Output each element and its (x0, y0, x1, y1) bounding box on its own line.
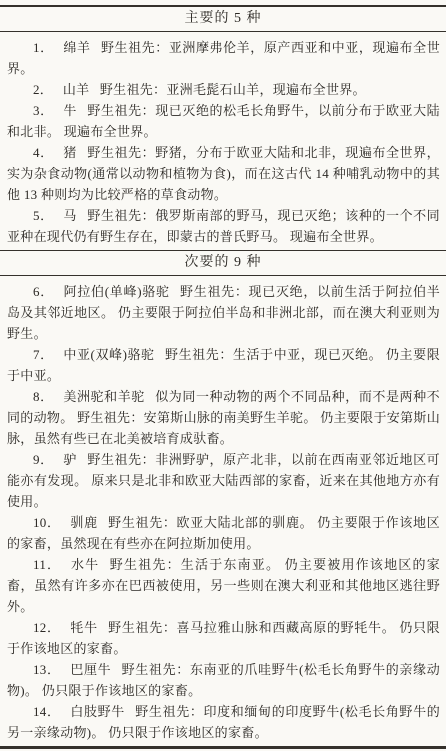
divider-bottom (0, 746, 446, 749)
list-item: 7．中亚(双峰)骆驼野生祖先：生活于中亚，现已灭绝。 仍主要限于中亚。 (7, 344, 440, 386)
list-item: 2．山羊野生祖先：亚洲毛髭石山羊，现遍布全世界。 (7, 79, 440, 100)
book-page: 主要的 5 种 1．绵羊野生祖先：亚洲摩弗伦羊，原产西亚和中亚，现遍布全世界。 … (0, 0, 446, 751)
list-item: 11．水牛野生祖先：生活于东南亚。 仍主要被用作该地区的家畜，虽然有许多亦在巴西… (7, 554, 440, 617)
item-animal-name: 绵羊 (63, 40, 90, 55)
item-number: 8． (33, 389, 54, 404)
item-animal-name: 阿拉伯(单峰)骆驼 (64, 284, 170, 299)
item-animal-name: 美洲驼和羊驼 (63, 389, 144, 404)
section-title-primary: 主要的 5 种 (0, 7, 446, 31)
item-animal-name: 马 (63, 208, 77, 223)
item-number: 14． (33, 704, 61, 719)
item-number: 3． (33, 103, 54, 118)
item-animal-name: 驴 (63, 452, 77, 467)
list-item: 13．巴厘牛野生祖先：东南亚的爪哇野牛(松毛长角野牛的亲缘动物)。 仍只限于作该… (7, 659, 440, 701)
item-animal-name: 山羊 (63, 82, 90, 97)
item-number: 13． (33, 662, 61, 677)
list-item: 12．牦牛野生祖先：喜马拉雅山脉和西藏高原的野牦牛。 仍只限于作该地区的家畜。 (7, 617, 440, 659)
section-primary-body: 1．绵羊野生祖先：亚洲摩弗伦羊，原产西亚和中亚，现遍布全世界。 2．山羊野生祖先… (0, 32, 446, 250)
item-number: 1． (33, 40, 54, 55)
list-item: 10．驯鹿野生祖先：欧亚大陆北部的驯鹿。 仍主要限于作该地区的家畜，虽然现在有些… (7, 512, 440, 554)
list-item: 14．白肢野牛野生祖先：印度和缅甸的印度野牛(松毛长角野牛的另一亲缘动物)。 仍… (7, 701, 440, 743)
item-number: 10． (33, 515, 61, 530)
list-item: 6．阿拉伯(单峰)骆驼野生祖先：现已灭绝，以前生活于阿拉伯半岛及其邻近地区。 仍… (7, 281, 440, 344)
item-animal-name: 猪 (63, 145, 77, 160)
list-item: 8．美洲驼和羊驼似为同一种动物的两个不同品种，而不是两种不同的动物。 野生祖先：… (7, 386, 440, 449)
item-number: 11． (33, 557, 61, 572)
item-animal-name: 水牛 (71, 557, 99, 572)
section-title-secondary: 次要的 9 种 (0, 251, 446, 275)
item-number: 12． (33, 620, 61, 635)
item-number: 9． (33, 452, 54, 467)
item-animal-name: 白肢野牛 (70, 704, 125, 719)
list-item: 5．马野生祖先：俄罗斯南部的野马，现已灭绝；该种的一个不同亚种在现代仍有野生存在… (7, 205, 440, 247)
list-item: 4．猪野生祖先：野猪，分布于欧亚大陆和北非，现遍布全世界，实为杂食动物(通常以动… (7, 142, 440, 205)
list-item: 1．绵羊野生祖先：亚洲摩弗伦羊，原产西亚和中亚，现遍布全世界。 (7, 37, 440, 79)
item-animal-name: 巴厘牛 (70, 662, 111, 677)
item-description: 野生祖先：亚洲毛髭石山羊，现遍布全世界。 (100, 82, 366, 97)
item-number: 6． (33, 284, 54, 299)
list-item: 9．驴野生祖先：非洲野驴，原产北非，以前在西南亚邻近地区可能亦有发现。 原来只是… (7, 449, 440, 512)
item-animal-name: 牦牛 (70, 620, 97, 635)
item-number: 4． (33, 145, 54, 160)
item-animal-name: 驯鹿 (70, 515, 97, 530)
section-secondary-body: 6．阿拉伯(单峰)骆驼野生祖先：现已灭绝，以前生活于阿拉伯半岛及其邻近地区。 仍… (0, 276, 446, 746)
item-number: 7． (33, 347, 54, 362)
item-number: 2． (33, 82, 53, 97)
item-animal-name: 牛 (63, 103, 77, 118)
list-item: 3．牛野生祖先：现已灭绝的松毛长角野牛，以前分布于欧亚大陆和北非。 现遍布全世界… (7, 100, 440, 142)
item-animal-name: 中亚(双峰)骆驼 (63, 347, 154, 362)
item-number: 5． (33, 208, 54, 223)
